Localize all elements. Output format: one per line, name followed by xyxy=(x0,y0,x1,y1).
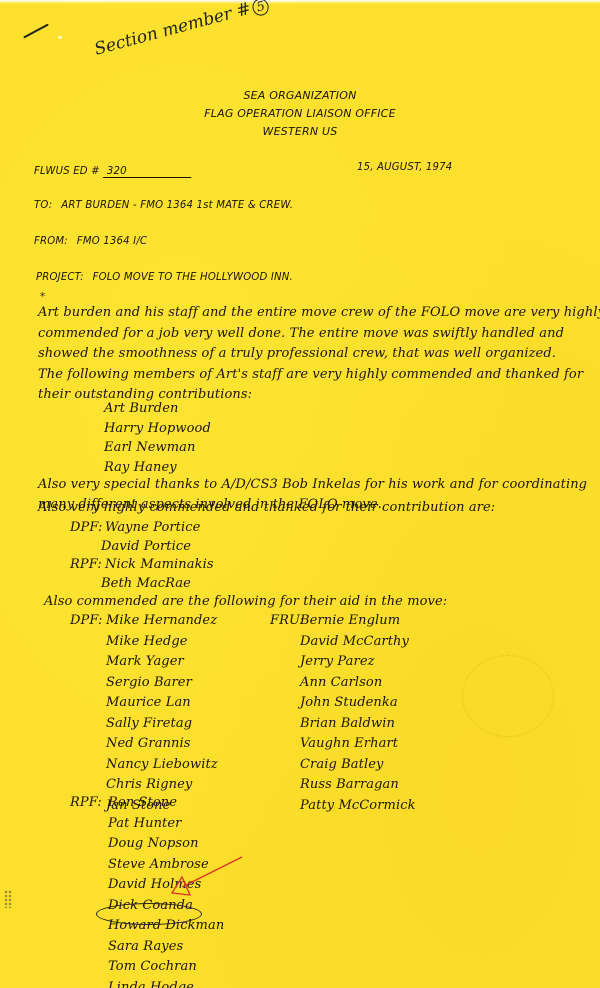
aid-name: Chris Rigney xyxy=(106,777,192,792)
staff-name: Art Burden xyxy=(104,401,179,416)
aid-name: Ann Carlson xyxy=(300,675,382,690)
aid-name: Russ Barragan xyxy=(300,777,399,792)
highly-commended-intro: Also very highly commended and thanked f… xyxy=(38,500,495,515)
aid-intro: Also commended are the following for the… xyxy=(44,594,447,609)
aid-name: Tom Cochran xyxy=(108,959,197,974)
paragraph-line: showed the smoothness of a truly profess… xyxy=(38,346,556,361)
aid-name: Mike Hernandez xyxy=(106,613,217,628)
aid-name: Sergio Barer xyxy=(106,675,192,690)
to-value: ART BURDEN - FMO 1364 1st MATE & CREW. xyxy=(61,198,293,211)
commended-name: Nick Maminakis xyxy=(105,557,214,572)
page-top-edge xyxy=(0,0,600,4)
from-label: FROM: xyxy=(34,234,68,247)
aid-name: Vaughn Erhart xyxy=(300,736,398,751)
aid-name: Sara Rayes xyxy=(108,939,183,954)
group-label: RPF: xyxy=(70,795,102,810)
aid-name: Mike Hedge xyxy=(106,634,188,649)
special-thanks-line: Also very special thanks to A/D/CS3 Bob … xyxy=(38,477,587,492)
order-label: FLWUS ED # xyxy=(34,164,100,177)
aid-name: Sally Firetag xyxy=(106,716,192,731)
aid-name: Mark Yager xyxy=(106,654,184,669)
aid-name: Ned Grannis xyxy=(106,736,191,751)
group-label: DPF: xyxy=(70,520,103,535)
commended-name: Wayne Portice xyxy=(105,520,200,535)
commended-name: Beth MacRae xyxy=(101,576,191,591)
project-line: PROJECT: FOLO MOVE TO THE HOLLYWOOD INN. xyxy=(36,270,293,283)
margin-marks xyxy=(4,890,12,908)
check-icon xyxy=(23,24,49,39)
aid-name: Ron Stone xyxy=(108,795,177,810)
aid-name: Linda Hodge xyxy=(108,980,194,988)
aid-name: Maurice Lan xyxy=(106,695,191,710)
order-number: 320 xyxy=(103,164,191,178)
staff-name: Harry Hopwood xyxy=(104,421,211,436)
header-office: FLAG OPERATION LIAISON OFFICE xyxy=(0,107,600,120)
aid-name: Nancy Liebowitz xyxy=(106,757,218,772)
aid-name: Patty McCormick xyxy=(300,798,416,813)
document-date: 15, AUGUST, 1974 xyxy=(357,160,452,173)
asterisk: * xyxy=(40,290,45,303)
handwritten-note-text: Section member # xyxy=(92,0,253,60)
from-line: FROM: FMO 1364 I/C xyxy=(34,234,147,247)
header-region: WESTERN US xyxy=(0,125,600,138)
paragraph-line: Art burden and his staff and the entire … xyxy=(38,305,600,320)
staff-name: Earl Newman xyxy=(104,440,196,455)
group-label: FRU: xyxy=(270,613,304,628)
group-label: DPF: xyxy=(70,613,103,628)
aid-name: Craig Batley xyxy=(300,757,383,772)
aid-name: Doug Nopson xyxy=(108,836,199,851)
paragraph-line: their outstanding contributions: xyxy=(38,387,252,402)
project-label: PROJECT: xyxy=(36,270,84,283)
project-value: FOLO MOVE TO THE HOLLYWOOD INN. xyxy=(93,270,293,283)
handwritten-note: Section member #5 xyxy=(92,0,270,60)
header-org: SEA ORGANIZATION xyxy=(0,89,600,102)
staff-name: Ray Haney xyxy=(104,460,177,475)
aid-name: Pat Hunter xyxy=(108,816,181,831)
to-line: TO: ART BURDEN - FMO 1364 1st MATE & CRE… xyxy=(34,198,293,211)
faint-stamp-circle xyxy=(462,655,554,737)
circled-name-oval xyxy=(96,903,202,925)
group-label: RPF: xyxy=(70,557,102,572)
paragraph-line: The following members of Art's staff are… xyxy=(38,367,583,382)
red-arrow-icon xyxy=(160,855,250,905)
paragraph-line: commended for a job very well done. The … xyxy=(38,326,564,341)
aid-name: John Studenka xyxy=(300,695,398,710)
circled-number: 5 xyxy=(251,0,271,17)
order-line: FLWUS ED # 320 xyxy=(34,164,192,178)
aid-name: Jerry Parez xyxy=(300,654,375,669)
staple-hole xyxy=(58,36,62,39)
aid-name: Bernie Englum xyxy=(300,613,400,628)
aid-name: David McCarthy xyxy=(300,634,409,649)
document-page: Section member #5 SEA ORGANIZATION FLAG … xyxy=(0,0,600,988)
to-label: TO: xyxy=(34,198,52,211)
from-value: FMO 1364 I/C xyxy=(77,234,147,247)
commended-name: David Portice xyxy=(101,539,191,554)
aid-name: Brian Baldwin xyxy=(300,716,395,731)
